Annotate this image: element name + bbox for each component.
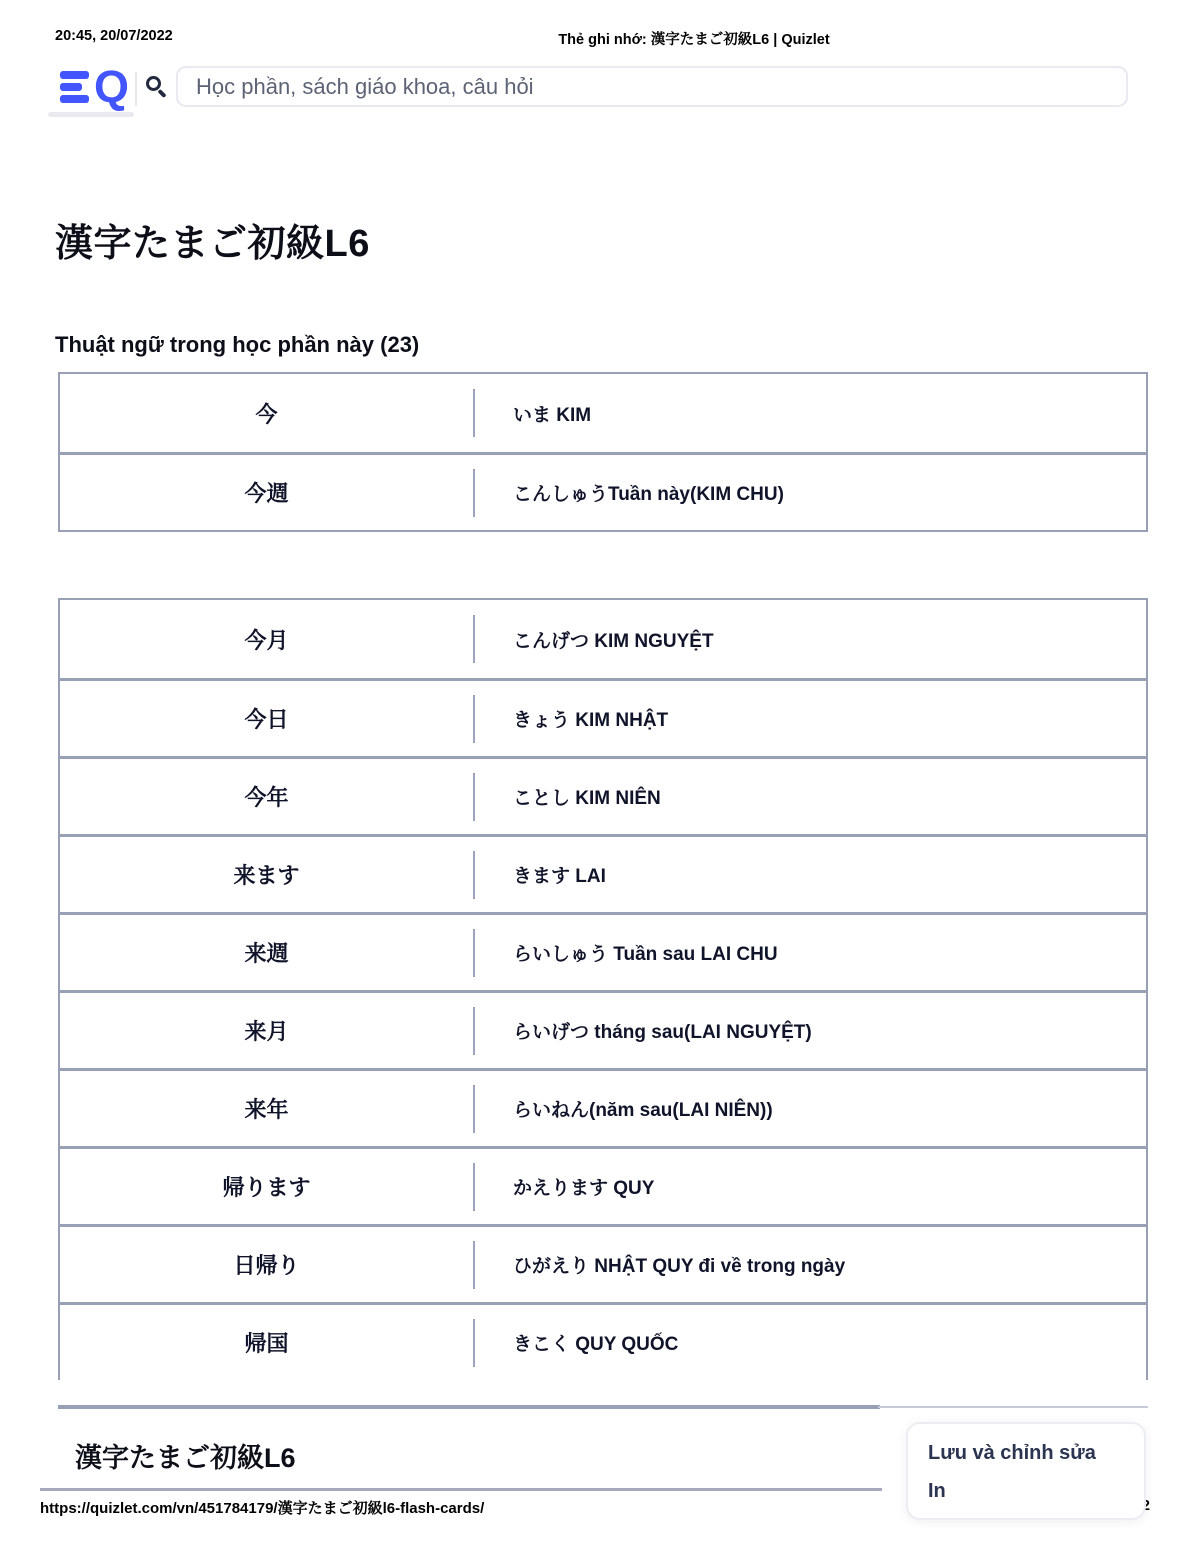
footer-url: https://quizlet.com/vn/451784179/漢字たまご初級…	[40, 1497, 484, 1518]
definition-cell: こんしゅうTuần này(KIM CHU)	[513, 479, 784, 506]
table-row: 来ますきます LAI	[60, 834, 1146, 912]
definition-cell: きこく QUY QUỐC	[513, 1329, 678, 1356]
term-definition-divider	[473, 1163, 475, 1211]
term-definition-divider	[473, 1007, 475, 1055]
definition-cell: きょう KIM NHẬT	[513, 705, 668, 732]
term-definition-divider	[473, 773, 475, 821]
term-definition-divider	[473, 1319, 475, 1367]
term-definition-divider	[473, 1241, 475, 1289]
save-print-popup: Lưu và chỉnh sửa In	[906, 1422, 1146, 1520]
term-definition-divider	[473, 851, 475, 899]
print-button[interactable]: In	[908, 1472, 1144, 1510]
term-cell: 今月	[60, 624, 473, 655]
nav-divider	[135, 72, 137, 106]
logo-underline	[48, 112, 134, 117]
definition-cell: こんげつ KIM NGUYỆT	[513, 626, 714, 653]
term-cell: 今年	[60, 781, 473, 812]
term-cell: 今日	[60, 703, 473, 734]
logo-bars-icon	[60, 71, 89, 103]
table-bottom-border	[58, 1405, 880, 1409]
definition-cell: らいげつ tháng sau(LAI NGUYỆT)	[513, 1017, 812, 1044]
definition-cell: ことし KIM NIÊN	[513, 783, 661, 810]
terms-table-2: 今月こんげつ KIM NGUYỆT今日きょう KIM NHẬT今年ことし KIM…	[58, 598, 1148, 1380]
term-cell: 今週	[60, 477, 473, 508]
table-bottom-border-faded	[878, 1406, 1148, 1408]
definition-cell: ひがえり NHẬT QUY đi về trong ngày	[513, 1251, 845, 1278]
term-definition-divider	[473, 929, 475, 977]
print-timestamp: 20:45, 20/07/2022	[55, 28, 173, 44]
table-row: 今月こんげつ KIM NGUYỆT	[60, 600, 1146, 678]
term-cell: 日帰り	[60, 1249, 473, 1280]
save-and-edit-button[interactable]: Lưu và chỉnh sửa	[908, 1434, 1144, 1472]
term-cell: 帰国	[60, 1327, 473, 1358]
table-row: 来週らいしゅう Tuần sau LAI CHU	[60, 912, 1146, 990]
table-row: 来年らいねん(năm sau(LAI NIÊN))	[60, 1068, 1146, 1146]
term-definition-divider	[473, 695, 475, 743]
table-row: 来月らいげつ tháng sau(LAI NGUYỆT)	[60, 990, 1146, 1068]
definition-cell: かえります QUY	[513, 1173, 654, 1200]
page-title: 漢字たまご初級L6	[55, 212, 370, 267]
definition-cell: いま KIM	[513, 400, 591, 427]
quizlet-logo[interactable]: Q	[60, 66, 128, 108]
term-cell: 帰ります	[60, 1171, 473, 1202]
table-row: 日帰りひがえり NHẬT QUY đi về trong ngày	[60, 1224, 1146, 1302]
print-document-title: Thẻ ghi nhớ: 漢字たまご初級L6 | Quizlet	[558, 28, 829, 49]
term-definition-divider	[473, 1085, 475, 1133]
definition-cell: らいねん(năm sau(LAI NIÊN))	[513, 1095, 773, 1122]
term-cell: 来週	[60, 937, 473, 968]
term-cell: 来月	[60, 1015, 473, 1046]
search-box	[176, 66, 1128, 107]
term-cell: 今	[60, 398, 473, 429]
footer-set-title: 漢字たまご初級L6	[75, 1436, 296, 1475]
term-definition-divider	[473, 389, 475, 437]
table-row: 今週こんしゅうTuần này(KIM CHU)	[60, 452, 1146, 530]
term-definition-divider	[473, 469, 475, 517]
table-row: 今日きょう KIM NHẬT	[60, 678, 1146, 756]
table-row: 帰りますかえります QUY	[60, 1146, 1146, 1224]
definition-cell: きます LAI	[513, 861, 606, 888]
table-row: 今年ことし KIM NIÊN	[60, 756, 1146, 834]
term-cell: 来ます	[60, 859, 473, 890]
footer-rule	[40, 1488, 882, 1491]
definition-cell: らいしゅう Tuần sau LAI CHU	[513, 939, 778, 966]
terms-heading: Thuật ngữ trong học phần này (23)	[55, 332, 419, 358]
search-input[interactable]	[176, 66, 1128, 107]
table-row: 帰国きこく QUY QUỐC	[60, 1302, 1146, 1380]
search-icon	[146, 76, 170, 100]
term-definition-divider	[473, 615, 475, 663]
logo-q-letter: Q	[94, 68, 128, 106]
term-cell: 来年	[60, 1093, 473, 1124]
terms-table-1: 今いま KIM今週こんしゅうTuần này(KIM CHU)	[58, 372, 1148, 532]
table-row: 今いま KIM	[60, 374, 1146, 452]
